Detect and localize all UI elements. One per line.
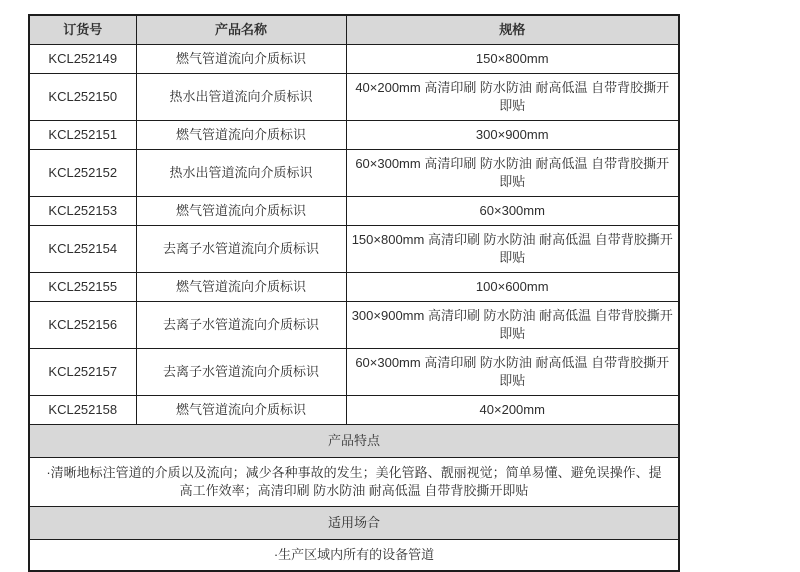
product-spec-table: 订货号 产品名称 规格 KCL252149 燃气管道流向介质标识 150×800…	[28, 14, 680, 572]
section-content-row: ·生产区域内所有的设备管道	[29, 540, 679, 572]
product-name-cell: 去离子水管道流向介质标识	[136, 349, 346, 396]
table-row: KCL252156 去离子水管道流向介质标识 300×900mm 高清印刷 防水…	[29, 302, 679, 349]
section-header-row: 适用场合	[29, 507, 679, 540]
page: 订货号 产品名称 规格 KCL252149 燃气管道流向介质标识 150×800…	[0, 0, 800, 572]
order-no-cell: KCL252154	[29, 226, 136, 273]
spec-cell: 60×300mm 高清印刷 防水防油 耐高低温 自带背胶撕开即贴	[346, 150, 679, 197]
table-row: KCL252151 燃气管道流向介质标识 300×900mm	[29, 121, 679, 150]
spec-cell: 40×200mm	[346, 396, 679, 425]
section-header-row: 产品特点	[29, 425, 679, 458]
product-name-cell: 燃气管道流向介质标识	[136, 273, 346, 302]
col-header-order-no: 订货号	[29, 15, 136, 45]
col-header-spec: 规格	[346, 15, 679, 45]
order-no-cell: KCL252150	[29, 74, 136, 121]
order-no-cell: KCL252156	[29, 302, 136, 349]
section-content-row: ·清晰地标注管道的介质以及流向；减少各种事故的发生；美化管路、靓丽视觉；简单易懂…	[29, 458, 679, 507]
spec-cell: 300×900mm 高清印刷 防水防油 耐高低温 自带背胶撕开即贴	[346, 302, 679, 349]
product-name-cell: 燃气管道流向介质标识	[136, 121, 346, 150]
spec-cell: 150×800mm 高清印刷 防水防油 耐高低温 自带背胶撕开即贴	[346, 226, 679, 273]
product-name-cell: 热水出管道流向介质标识	[136, 74, 346, 121]
section-content-occasions: ·生产区域内所有的设备管道	[29, 540, 679, 572]
spec-cell: 150×800mm	[346, 45, 679, 74]
spec-cell: 300×900mm	[346, 121, 679, 150]
section-header-occasions: 适用场合	[29, 507, 679, 540]
order-no-cell: KCL252152	[29, 150, 136, 197]
table-row: KCL252157 去离子水管道流向介质标识 60×300mm 高清印刷 防水防…	[29, 349, 679, 396]
table-row: KCL252158 燃气管道流向介质标识 40×200mm	[29, 396, 679, 425]
order-no-cell: KCL252153	[29, 197, 136, 226]
spec-cell: 100×600mm	[346, 273, 679, 302]
table-row: KCL252150 热水出管道流向介质标识 40×200mm 高清印刷 防水防油…	[29, 74, 679, 121]
product-name-cell: 去离子水管道流向介质标识	[136, 302, 346, 349]
table-row: KCL252153 燃气管道流向介质标识 60×300mm	[29, 197, 679, 226]
order-no-cell: KCL252158	[29, 396, 136, 425]
product-name-cell: 燃气管道流向介质标识	[136, 45, 346, 74]
col-header-product-name: 产品名称	[136, 15, 346, 45]
product-name-cell: 燃气管道流向介质标识	[136, 197, 346, 226]
table-row: KCL252149 燃气管道流向介质标识 150×800mm	[29, 45, 679, 74]
section-content-features: ·清晰地标注管道的介质以及流向；减少各种事故的发生；美化管路、靓丽视觉；简单易懂…	[29, 458, 679, 507]
spec-cell: 40×200mm 高清印刷 防水防油 耐高低温 自带背胶撕开即贴	[346, 74, 679, 121]
section-header-features: 产品特点	[29, 425, 679, 458]
product-name-cell: 去离子水管道流向介质标识	[136, 226, 346, 273]
order-no-cell: KCL252157	[29, 349, 136, 396]
product-name-cell: 燃气管道流向介质标识	[136, 396, 346, 425]
spec-cell: 60×300mm	[346, 197, 679, 226]
table-row: KCL252152 热水出管道流向介质标识 60×300mm 高清印刷 防水防油…	[29, 150, 679, 197]
spec-cell: 60×300mm 高清印刷 防水防油 耐高低温 自带背胶撕开即贴	[346, 349, 679, 396]
table-row: KCL252155 燃气管道流向介质标识 100×600mm	[29, 273, 679, 302]
product-name-cell: 热水出管道流向介质标识	[136, 150, 346, 197]
table-header-row: 订货号 产品名称 规格	[29, 15, 679, 45]
order-no-cell: KCL252151	[29, 121, 136, 150]
table-row: KCL252154 去离子水管道流向介质标识 150×800mm 高清印刷 防水…	[29, 226, 679, 273]
order-no-cell: KCL252155	[29, 273, 136, 302]
order-no-cell: KCL252149	[29, 45, 136, 74]
